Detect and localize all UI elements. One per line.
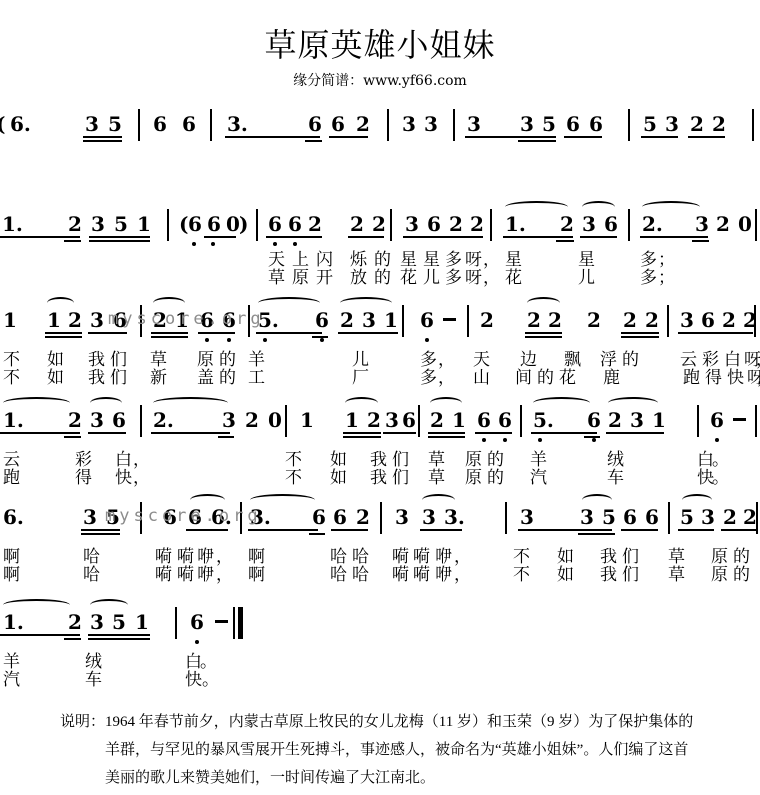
lyric-char: 哈: [330, 565, 347, 585]
lyric-char: 彩: [702, 350, 719, 370]
lyric-char: 不: [285, 450, 302, 470]
note: 1: [137, 212, 151, 236]
beam-line: [256, 332, 322, 334]
beam-line: [640, 236, 708, 238]
note: 3: [91, 212, 105, 236]
rest-note: 0: [226, 212, 240, 236]
lyric-char: 如: [330, 450, 347, 470]
note: 3: [83, 505, 97, 529]
measure-barline: [628, 209, 630, 241]
slur-arc: [3, 599, 70, 611]
lyric-char: 咿: [197, 565, 214, 585]
note: 5: [112, 610, 126, 634]
note: 2: [690, 112, 704, 136]
lyric-char: 的: [219, 350, 236, 370]
notes-text-line-2: 羊群，与罕见的暴风雪展开生死搏斗，事迹感人，被命名为“英雄小姐妹”。人们编了这首: [105, 740, 688, 760]
beam-line: [428, 432, 465, 434]
lyric-char: 多: [445, 268, 462, 288]
octave-dot: [592, 438, 596, 442]
slur-arc: [340, 297, 392, 309]
lyric-char: ；: [658, 250, 675, 270]
octave-dot: [503, 438, 507, 442]
lyric-char: 我: [600, 547, 617, 567]
note: 3: [580, 505, 594, 529]
lyric-char: 厂: [352, 368, 369, 388]
note: 2: [68, 212, 82, 236]
lyric-char: 绒: [85, 652, 102, 672]
note: 3: [520, 112, 534, 136]
lyric-char: 花: [400, 268, 417, 288]
beam-line: [678, 332, 753, 334]
slur-arc: [47, 297, 74, 309]
note: 3: [395, 505, 409, 529]
lyric-char: ，: [454, 547, 471, 567]
note: 6.: [3, 505, 24, 529]
lyric-char: 嗬: [155, 565, 172, 585]
note: 2.: [153, 408, 174, 432]
slur-arc: [533, 397, 590, 409]
slur-arc: [582, 494, 612, 506]
note: 3: [695, 212, 709, 236]
beam-line: [428, 436, 465, 438]
measure-barline: [667, 305, 669, 337]
note: 3: [680, 308, 694, 332]
lyric-row: 啊哈嗬嗬咿，啊哈哈嗬嗬咿，不如我们草原的: [0, 547, 760, 567]
note: 3: [90, 308, 104, 332]
note: 6: [153, 112, 167, 136]
note: 2: [470, 212, 484, 236]
lyric-char: 车: [607, 468, 624, 488]
lyric-char: 得: [705, 368, 722, 388]
beam-line: [692, 240, 709, 242]
lyric-char: 天: [473, 350, 490, 370]
note: 5: [680, 505, 694, 529]
measure-barline: [628, 109, 630, 141]
beam-line: [305, 140, 322, 142]
lyric-char: 嗬: [177, 547, 194, 567]
note: 2: [587, 308, 601, 332]
beam-line: [578, 533, 615, 535]
beam-line: [81, 533, 120, 535]
note: 2: [372, 212, 386, 236]
beam-line: [531, 432, 597, 434]
lyric-char: 浮: [600, 350, 617, 370]
measure-barline: [754, 305, 756, 337]
lyric-char: 嗬: [392, 565, 409, 585]
beam-line: [151, 332, 188, 334]
note: 2.: [642, 212, 663, 236]
watermark-text: myscore.org: [105, 506, 262, 526]
beam-line: [403, 236, 483, 238]
lyric-char: 。: [202, 670, 219, 690]
note: 1: [384, 308, 398, 332]
lyric-row: 不如我们草原的羊儿多，天边飘浮的云彩白呀，: [0, 350, 760, 370]
slur-arc: [422, 494, 455, 506]
beam-line: [420, 529, 462, 531]
beam-line: [88, 638, 150, 640]
lyric-row: 羊绒白。: [0, 652, 760, 672]
lyric-char: 原: [465, 450, 482, 470]
lyric-char: 的: [622, 350, 639, 370]
note: 2: [716, 212, 730, 236]
octave-dot: [273, 242, 277, 246]
lyric-char: 多: [420, 350, 437, 370]
octave-dot: [482, 438, 486, 442]
lyric-char: 星: [578, 250, 595, 270]
lyric-char: ，: [216, 547, 233, 567]
lyric-row: 天上闪烁的星星多呀，星星多；: [0, 250, 760, 270]
lyric-char: 不: [3, 368, 20, 388]
slur-arc: [582, 201, 615, 213]
note: 1: [652, 408, 666, 432]
measure-barline: [467, 305, 469, 337]
octave-dot: [205, 338, 209, 342]
beam-line: [564, 136, 602, 138]
lyric-char: 呀: [465, 250, 482, 270]
lyric-char: 白: [724, 350, 741, 370]
measure-barline: [285, 405, 287, 437]
note: 6: [623, 505, 637, 529]
slur-arc: [345, 397, 378, 409]
dash-note: [215, 620, 228, 623]
note: 6: [701, 308, 715, 332]
beam-line: [83, 136, 122, 138]
beam-line: [186, 529, 228, 531]
note: 6: [315, 308, 329, 332]
note: 3.: [227, 112, 248, 136]
lyric-char: 多: [420, 368, 437, 388]
measure-barline: [175, 607, 177, 639]
note: 2: [308, 212, 322, 236]
lyric-char: 得: [75, 468, 92, 488]
beam-line: [64, 638, 81, 640]
lyric-char: 鹿: [603, 368, 620, 388]
measure-barline: [210, 109, 212, 141]
lyric-char: 我: [88, 350, 105, 370]
lyric-char: 们: [622, 565, 639, 585]
note: 6: [645, 505, 659, 529]
slur-arc: [190, 494, 225, 506]
watermark-text: myscore.org: [108, 309, 265, 329]
measure-barline: [752, 109, 754, 141]
beam-line: [88, 432, 126, 434]
lyric-row: 不如我们新盖的工厂多，山间的花鹿跑得快呀，: [0, 368, 760, 388]
lyric-char: 啊: [3, 565, 20, 585]
lyric-char: 彩: [75, 450, 92, 470]
beam-line: [518, 529, 612, 531]
beam-line: [465, 136, 556, 138]
note: 2: [68, 408, 82, 432]
lyric-char: 草: [668, 547, 685, 567]
note: 3: [85, 112, 99, 136]
lyric-char: ，: [483, 250, 500, 270]
lyric-char: 羊: [248, 350, 265, 370]
note: 6: [268, 212, 282, 236]
score-line: 1.23516羊绒白。汽车快。: [0, 610, 760, 706]
note: 2: [723, 505, 737, 529]
lyric-char: 如: [47, 368, 64, 388]
note: 3: [630, 408, 644, 432]
lyric-char: 草: [668, 565, 685, 585]
sheet-music-page: { "header": { "title": "草原英雄小姐妹", "subti…: [0, 0, 760, 795]
lyric-char: 嗬: [392, 547, 409, 567]
slur-arc: [608, 397, 658, 409]
beam-line: [556, 240, 574, 242]
note: 2: [350, 212, 364, 236]
note: 2: [548, 308, 562, 332]
beam-line: [64, 436, 81, 438]
parenthesis: ): [239, 212, 248, 236]
note: 6: [188, 212, 202, 236]
slur-arc: [642, 201, 700, 213]
lyric-char: 汽: [530, 468, 547, 488]
beam-line: [45, 336, 82, 338]
lyric-row: 跑得快，不如我们草原的汽车快。: [0, 468, 760, 488]
lyric-row: 云彩白，不如我们草原的羊绒白。: [0, 450, 760, 470]
lyric-char: 山: [473, 368, 490, 388]
lyric-char: 我: [370, 450, 387, 470]
parenthesis: (: [0, 112, 5, 136]
lyric-char: 快: [185, 670, 202, 690]
note: 1.: [2, 212, 23, 236]
lyric-char: 开: [316, 268, 333, 288]
beam-line: [0, 432, 80, 434]
lyric-char: 飘: [564, 350, 581, 370]
lyric-char: 草: [428, 450, 445, 470]
note: 3: [405, 212, 419, 236]
beam-line: [151, 432, 230, 434]
lyric-char: 羊: [530, 450, 547, 470]
octave-dot: [211, 242, 215, 246]
note: 6: [288, 212, 302, 236]
lyric-char: 的: [219, 368, 236, 388]
note: 2: [367, 408, 381, 432]
beam-line: [312, 336, 328, 338]
octave-dot: [425, 338, 429, 342]
lyric-char: 呀: [465, 268, 482, 288]
lyric-char: ，: [454, 565, 471, 585]
note: 1: [3, 308, 17, 332]
beam-line: [89, 240, 150, 242]
lyric-char: 快: [115, 468, 132, 488]
note: 2: [430, 408, 444, 432]
lyric-char: 的: [537, 368, 554, 388]
beam-line: [584, 436, 600, 438]
lyric-char: ，: [438, 368, 455, 388]
lyric-char: 快: [727, 368, 744, 388]
lyric-char: 车: [85, 670, 102, 690]
final-barline-thin: [233, 607, 235, 639]
note: 6: [333, 505, 347, 529]
beam-line: [331, 529, 368, 531]
note: 2: [608, 408, 622, 432]
beam-line: [81, 529, 120, 531]
lyric-char: 。: [200, 652, 217, 672]
beam-line: [338, 332, 398, 334]
lyric-char: ，: [756, 350, 760, 370]
measure-barline: [453, 109, 455, 141]
score-line: (6.35663.66233335665322: [0, 112, 760, 208]
lyric-char: 花: [505, 268, 522, 288]
note: 1.: [3, 408, 24, 432]
lyric-char: 原: [197, 350, 214, 370]
lyric-char: 多: [640, 268, 657, 288]
beam-line: [329, 136, 368, 138]
lyric-char: 烁: [350, 250, 367, 270]
lyric-char: 草: [150, 350, 167, 370]
note: 5: [643, 112, 657, 136]
note: 6: [207, 212, 221, 236]
lyric-char: 间: [515, 368, 532, 388]
lyric-char: 哈: [330, 547, 347, 567]
measure-barline: [256, 209, 258, 241]
beam-line: [89, 236, 150, 238]
lyric-char: 工: [248, 368, 265, 388]
lyric-char: 我: [88, 368, 105, 388]
slur-arc: [3, 397, 70, 409]
lyric-char: 天: [268, 250, 285, 270]
note: 2: [340, 308, 354, 332]
note: 2: [722, 308, 736, 332]
note: 2: [68, 610, 82, 634]
lyric-char: 汽: [3, 670, 20, 690]
lyric-char: 云: [680, 350, 697, 370]
lyric-char: 的: [487, 450, 504, 470]
slur-arc: [153, 297, 185, 309]
lyric-row: 草原开放的花儿多呀，花儿多；: [0, 268, 760, 288]
note: 3: [362, 308, 376, 332]
note: 6: [420, 308, 434, 332]
beam-line: [198, 332, 235, 334]
note: 1.: [3, 610, 24, 634]
note: 2: [712, 112, 726, 136]
beam-line: [348, 236, 384, 238]
lyric-char: 云: [3, 450, 20, 470]
note: 2: [623, 308, 637, 332]
lyric-char: 星: [423, 250, 440, 270]
note: 2: [743, 505, 757, 529]
lyric-char: 们: [392, 468, 409, 488]
slur-arc: [258, 297, 320, 309]
beam-line: [621, 529, 658, 531]
lyric-char: 的: [487, 468, 504, 488]
lyric-char: 啊: [248, 547, 265, 567]
note: 6: [710, 408, 724, 432]
lyric-char: 的: [733, 565, 750, 585]
beam-line: [88, 332, 127, 334]
lyric-char: 咿: [197, 547, 214, 567]
measure-barline: [418, 405, 420, 437]
score-sheet: (6.35663.662333356653221.2351(660)662223…: [0, 0, 760, 795]
lyric-char: 们: [392, 450, 409, 470]
lyric-char: 儿: [578, 268, 595, 288]
lyric-char: 哈: [83, 565, 100, 585]
lyric-char: 的: [733, 547, 750, 567]
beam-line: [266, 236, 322, 238]
dash-note: [443, 318, 456, 321]
lyric-char: 。: [712, 468, 729, 488]
note: 6: [587, 408, 601, 432]
measure-barline: [668, 502, 670, 534]
beam-line: [64, 240, 81, 242]
lyric-char: 不: [513, 565, 530, 585]
lyric-row: 汽车快。: [0, 670, 760, 690]
octave-dot: [320, 338, 324, 342]
note: 6: [402, 408, 416, 432]
beam-line: [621, 332, 659, 334]
measure-barline: [490, 209, 492, 241]
note: 3: [701, 505, 715, 529]
lyric-char: 们: [110, 350, 127, 370]
beam-line: [343, 432, 381, 434]
notes-text-line-3: 美丽的歌儿来赞美她们，一时间传遍了大江南北。: [105, 768, 435, 788]
note: 3: [467, 112, 481, 136]
lyric-char: 草: [428, 468, 445, 488]
lyric-char: 盖: [197, 368, 214, 388]
note: 1: [300, 408, 314, 432]
lyric-char: 如: [557, 565, 574, 585]
rest-note: 0: [268, 408, 282, 432]
note: 1: [452, 408, 466, 432]
note: 2: [356, 505, 370, 529]
lyric-char: 绒: [607, 450, 624, 470]
beam-line: [525, 336, 562, 338]
lyric-char: 如: [557, 547, 574, 567]
slur-arc: [250, 494, 315, 506]
note: 3: [665, 112, 679, 136]
octave-dot: [715, 438, 719, 442]
score-line: 1.2362.3201123621665.62316云彩白，不如我们草原的羊绒白…: [0, 408, 760, 504]
beam-line: [88, 634, 150, 636]
note: 6: [604, 212, 618, 236]
beam-line: [678, 529, 714, 531]
note: 3: [90, 610, 104, 634]
note: 5: [542, 112, 556, 136]
lyric-char: 嗬: [177, 565, 194, 585]
lyric-char: 不: [3, 350, 20, 370]
lyric-char: 我: [370, 468, 387, 488]
note: 3: [422, 505, 436, 529]
lyric-char: 嗬: [413, 565, 430, 585]
lyric-char: 多: [640, 250, 657, 270]
note: 6: [190, 610, 204, 634]
note: 3: [582, 212, 596, 236]
rest-note: 0: [738, 212, 752, 236]
lyric-row: 啊哈嗬嗬咿，啊哈哈嗬嗬咿，不如我们草原的: [0, 565, 760, 585]
note: 2: [645, 308, 659, 332]
lyric-char: 的: [374, 250, 391, 270]
note: 2: [480, 308, 494, 332]
beam-line: [83, 140, 122, 142]
lyric-char: 上: [292, 250, 309, 270]
lyric-char: 哈: [352, 565, 369, 585]
beam-line: [0, 634, 80, 636]
beam-line: [309, 533, 325, 535]
note: 3: [424, 112, 438, 136]
note: 2: [527, 308, 541, 332]
octave-dot: [227, 338, 231, 342]
slur-arc: [90, 397, 122, 409]
note: 1.: [505, 212, 526, 236]
note: 6: [312, 505, 326, 529]
lyric-char: 星: [400, 250, 417, 270]
measure-barline: [402, 305, 404, 337]
lyric-char: 原: [711, 547, 728, 567]
note: 6: [566, 112, 580, 136]
lyric-char: 不: [513, 547, 530, 567]
lyric-char: 嗬: [155, 547, 172, 567]
lyric-char: 草: [268, 268, 285, 288]
